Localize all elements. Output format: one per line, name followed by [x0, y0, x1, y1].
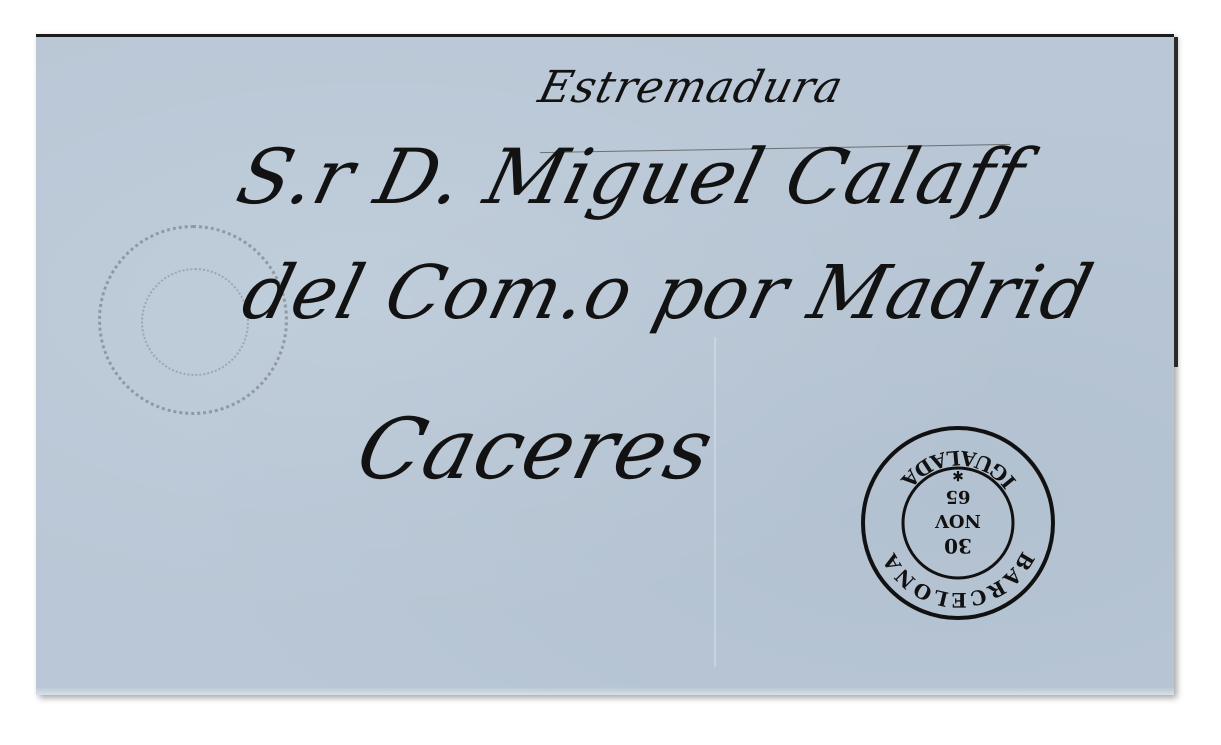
postmark-day: 30 [944, 534, 972, 558]
address-line-3: Caceres [348, 400, 724, 498]
postmark-stamp: BARCELONA IGUALADA 30 NOV 65 ✱ [858, 423, 1058, 623]
region-note: Estremadura [534, 62, 849, 113]
address-line-2: del Com.o por Madrid [234, 250, 1101, 336]
postmark-ornament-icon: ✱ [952, 467, 964, 483]
fold-crease [714, 337, 716, 667]
envelope-right-edge [1174, 37, 1178, 367]
ghost-postmark-inner-ring [141, 268, 249, 376]
postmark-month: NOV [934, 510, 981, 531]
postmark-year: 65 [945, 486, 970, 507]
postmark-icon: BARCELONA IGUALADA 30 NOV 65 ✱ [858, 423, 1058, 623]
address-line-1: S.r D. Miguel Calaff [229, 132, 1034, 221]
worn-bottom-edge [36, 687, 1174, 695]
